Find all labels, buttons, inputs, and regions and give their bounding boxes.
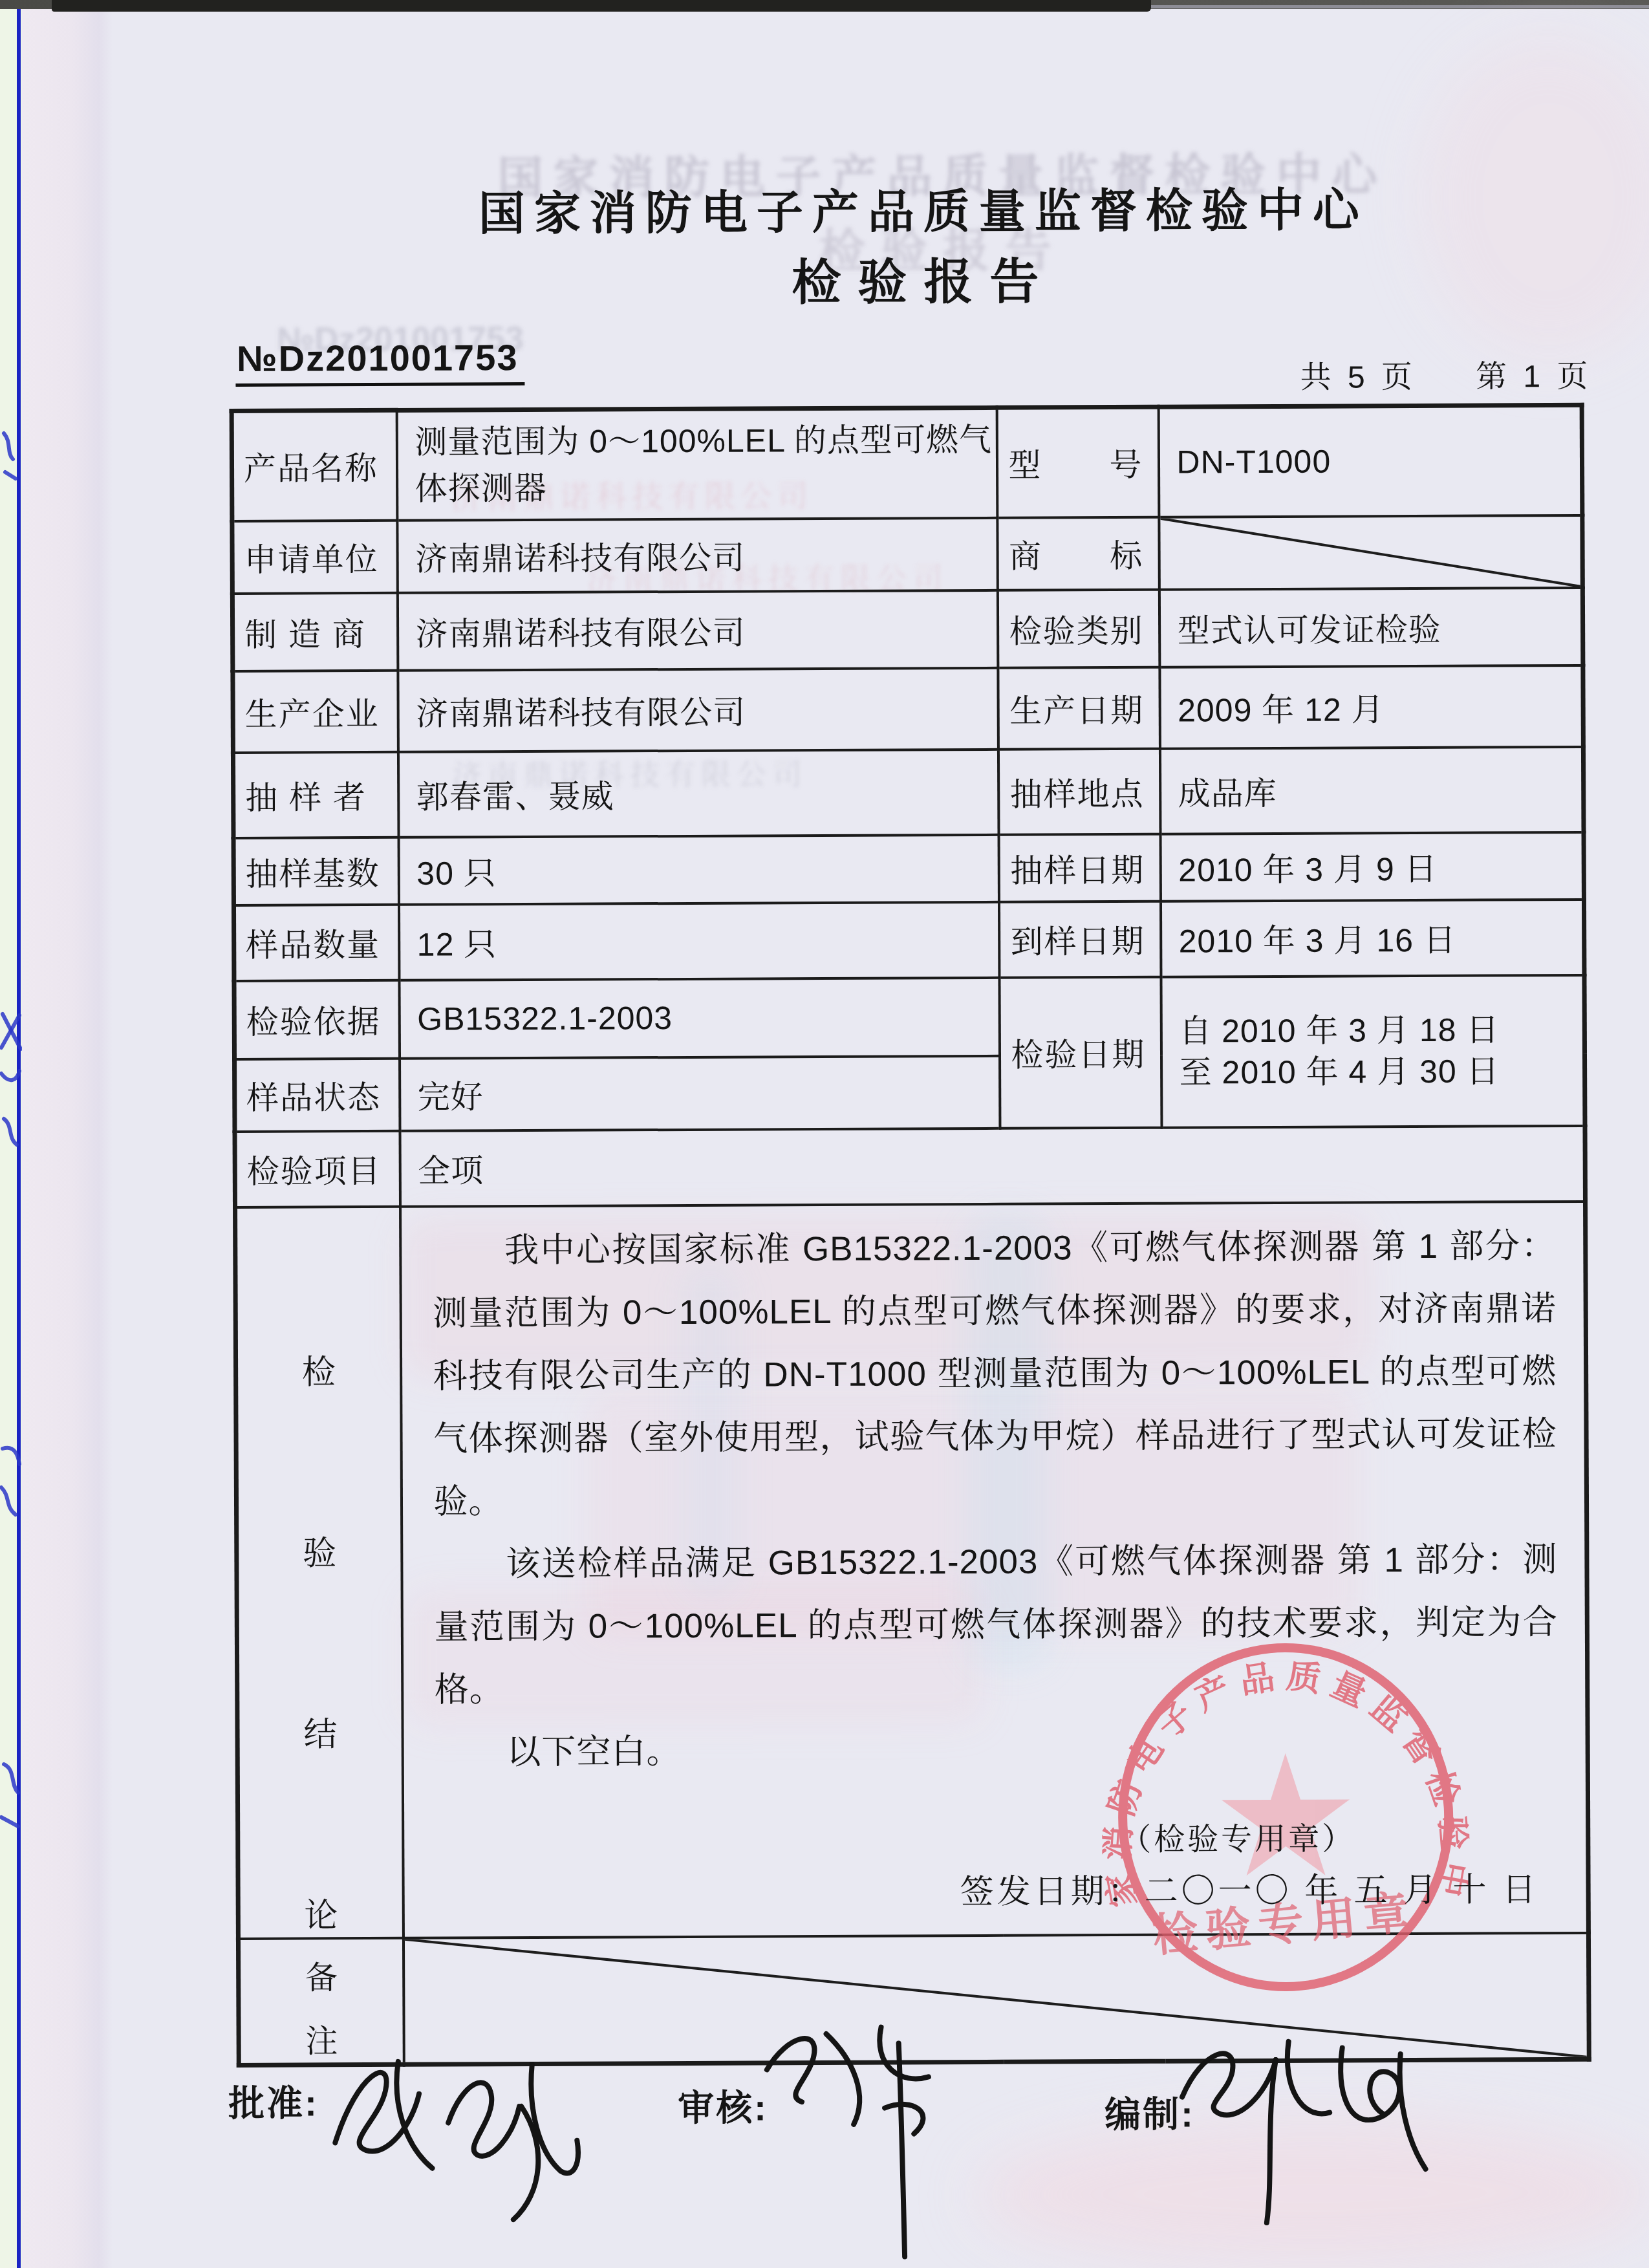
field-value: 2010 年 3 月 16 日 <box>1160 899 1584 977</box>
table-row: 申请单位 济南鼎诺科技有限公司 商 标 <box>232 515 1582 593</box>
issue-date: 签发日期：二〇一〇 年 五 月 十 日 <box>960 1862 1539 1913</box>
diagonal-line <box>1160 516 1580 588</box>
conclusion-paragraph: 我中心按国家标准 GB15322.1-2003《可燃气体探测器 第 1 部分：测… <box>433 1215 1558 1533</box>
field-value: 12 只 <box>398 902 999 980</box>
table-row: 生产企业 济南鼎诺科技有限公司 生产日期 2009 年 12 月 <box>233 665 1584 752</box>
field-value: 济南鼎诺科技有限公司 <box>397 590 998 670</box>
remark-label-char: 备 <box>305 1952 338 1998</box>
field-value: 自 2010 年 3 月 18 日 至 2010 年 4 月 30 日 <box>1161 975 1585 1127</box>
document-sheet: 国家消防电子产品质量监督检验中心 检验报告 №Dz201001753 济南鼎诺科… <box>0 0 1649 2268</box>
conclusion-label: 检 验 结 论 <box>235 1206 404 1938</box>
field-label: 制 造 商 <box>232 592 398 671</box>
field-value: 2009 年 12 月 <box>1159 665 1584 748</box>
empty-cell-strikethrough <box>1159 515 1582 589</box>
field-value: DN-T1000 <box>1158 405 1582 517</box>
field-value: 测量范围为 0～100%LEL 的点型可燃气体探测器 <box>396 407 997 520</box>
field-value: 济南鼎诺科技有限公司 <box>397 517 997 592</box>
pagination: 共 5 页 第 1 页 <box>1220 351 1591 398</box>
table-row: 产品名称 测量范围为 0～100%LEL 的点型可燃气体探测器 型 号 DN-T… <box>232 405 1582 521</box>
field-value: 完好 <box>400 1055 1000 1130</box>
conclusion-label-char: 检 <box>302 1345 336 1393</box>
approve-signature <box>316 2032 594 2247</box>
field-label: 样品数量 <box>233 904 399 980</box>
field-value: 济南鼎诺科技有限公司 <box>398 667 998 751</box>
field-label: 抽样地点 <box>998 748 1160 834</box>
conclusion-label-char: 论 <box>304 1888 338 1936</box>
prepare-signature <box>1169 2009 1448 2256</box>
org-title: 国家消防电子产品质量监督检验中心 <box>249 171 1597 244</box>
field-label: 产品名称 <box>232 410 397 521</box>
field-label: 检验类别 <box>997 589 1159 667</box>
field-label: 生产企业 <box>233 670 398 752</box>
table-row: 样品数量 12 只 到样日期 2010 年 3 月 16 日 <box>233 899 1584 980</box>
table-row: 抽 样 者 郭春雷、聂威 抽样地点 成品库 <box>233 746 1584 837</box>
field-label: 生产日期 <box>998 667 1160 749</box>
field-value: 成品库 <box>1159 746 1584 834</box>
field-label: 到样日期 <box>998 901 1161 977</box>
pagination-total: 共 5 页 <box>1300 352 1417 397</box>
field-label: 检验依据 <box>234 980 400 1059</box>
field-value: 2010 年 3 月 9 日 <box>1160 832 1584 901</box>
inspection-date-to: 至 2010 年 4 月 30 日 <box>1179 1050 1582 1094</box>
field-value: 型式认可发证检验 <box>1159 587 1583 667</box>
stamp-caption: （检验专用章） <box>1120 1813 1355 1859</box>
report-title: 检验报告 <box>250 240 1598 316</box>
field-value: GB15322.1-2003 <box>399 977 1000 1058</box>
field-label: 型 号 <box>997 407 1159 517</box>
table-row: 检验项目 全项 <box>235 1125 1585 1207</box>
conclusion-label-char: 验 <box>303 1526 336 1574</box>
report-number: №Dz201001753 <box>235 336 524 387</box>
approve-label: 批准: <box>228 2075 319 2127</box>
table-row: 制 造 商 济南鼎诺科技有限公司 检验类别 型式认可发证检验 <box>232 587 1583 671</box>
scanned-inspection-report: { "header": { "org_name": "国家消防电子产品质量监督检… <box>0 0 1649 2268</box>
review-signature <box>748 1998 950 2268</box>
field-value: 郭春雷、聂威 <box>398 749 998 837</box>
field-label: 抽样日期 <box>998 834 1160 902</box>
field-label: 申请单位 <box>232 520 397 593</box>
field-value: 30 只 <box>398 834 998 904</box>
conclusion-label-char: 结 <box>303 1707 337 1755</box>
pagination-current: 第 1 页 <box>1476 351 1592 396</box>
field-label: 检验项目 <box>235 1130 400 1207</box>
field-label: 检验日期 <box>999 977 1161 1128</box>
table-row: 抽样基数 30 只 抽样日期 2010 年 3 月 9 日 <box>233 832 1584 905</box>
field-label: 抽 样 者 <box>233 751 398 837</box>
field-label: 样品状态 <box>235 1058 400 1131</box>
field-label: 抽样基数 <box>233 837 398 905</box>
field-label: 商 标 <box>997 517 1159 590</box>
field-value: 全项 <box>400 1125 1585 1206</box>
inspection-date-from: 自 2010 年 3 月 18 日 <box>1179 1009 1582 1052</box>
table-row: 检验依据 GB15322.1-2003 检验日期 自 2010 年 3 月 18… <box>234 975 1585 1059</box>
